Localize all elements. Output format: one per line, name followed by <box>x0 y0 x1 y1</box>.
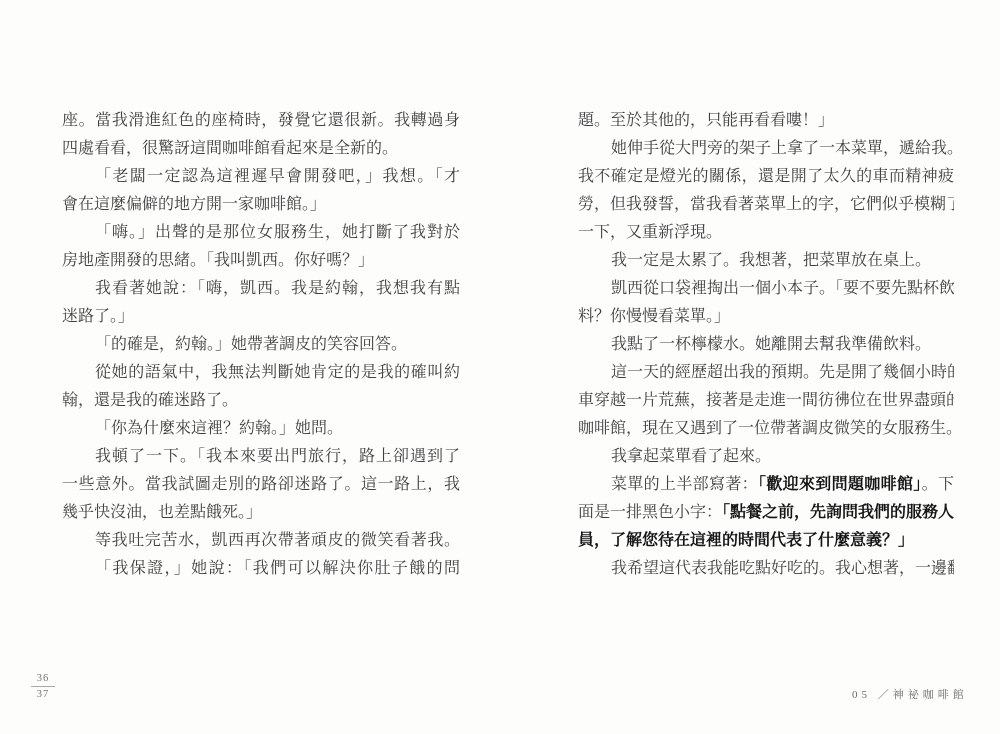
left-page-text: 座。當我滑進紅色的座椅時，發覺它還很新。我轉過身 四處看看，很驚訝這間咖啡館看起… <box>62 107 460 583</box>
text-line: 「的確是，約翰。」她帶著調皮的笑容回答。 <box>62 331 460 359</box>
text-line: 面是一排黑色小字：「點餐之前，先詢問我們的服務人 <box>578 499 954 527</box>
text-line: 我拿起菜單看了起來。 <box>578 443 954 471</box>
text-line: 車穿越一片荒蕪，接著是走進一間彷彿位在世界盡頭的 <box>578 387 954 415</box>
right-page-text: 題。至於其他的，只能再看看嘍！」 她伸手從大門旁的架子上拿了一本菜單，遞給我。 … <box>578 107 954 583</box>
text-line: 幾乎快沒油，也差點餓死。」 <box>62 499 460 527</box>
text-line: 房地產開發的思緒。「我叫凱西。你好嗎？」 <box>62 247 460 275</box>
text-line: 她伸手從大門旁的架子上拿了一本菜單，遞給我。 <box>578 135 954 163</box>
text-line: 等我吐完苦水，凱西再次帶著頑皮的微笑看著我。 <box>62 527 460 555</box>
text-line: 會在這麼偏僻的地方開一家咖啡館。」 <box>62 191 460 219</box>
text-line: 一些意外。當我試圖走別的路卻迷路了。這一路上，我 <box>62 471 460 499</box>
text-line: 座。當我滑進紅色的座椅時，發覺它還很新。我轉過身 <box>62 107 460 135</box>
chapter-footer: 05 ／神祕咖啡館 <box>852 686 968 702</box>
text-line: 「老闆一定認為這裡遲早會開發吧，」我想。「才 <box>62 163 460 191</box>
menu-heading-text: 「歡迎來到問題咖啡館」 <box>758 476 922 493</box>
text-line: 四處看看，很驚訝這間咖啡館看起來是全新的。 <box>62 135 460 163</box>
text-line: 我不確定是燈光的關係，還是開了太久的車而精神疲 <box>578 163 954 191</box>
page-number-divider <box>31 686 55 687</box>
text-line: 菜單的上半部寫著：「歡迎來到問題咖啡館」。下 <box>578 471 954 499</box>
text-line: 我希望這代表我能吃點好吃的。我心想著，一邊翻 <box>578 555 954 583</box>
text-segment: 。下 <box>922 476 954 493</box>
page-number-bottom: 37 <box>28 688 58 701</box>
text-line: 凱西從口袋裡掏出一個小本子。「要不要先點杯飲 <box>578 275 954 303</box>
text-line: 從她的語氣中，我無法判斷她肯定的是我的確叫約 <box>62 359 460 387</box>
text-line: 這一天的經歷超出我的預期。先是開了幾個小時的 <box>578 359 954 387</box>
text-line: 勞，但我發誓，當我看著菜單上的字，它們似乎模糊了 <box>578 191 954 219</box>
text-line: 我頓了一下。「我本來要出門旅行，路上卻遇到了 <box>62 443 460 471</box>
text-line: 迷路了。」 <box>62 303 460 331</box>
text-line: 翰，還是我的確迷路了。 <box>62 387 460 415</box>
text-line: 題。至於其他的，只能再看看嘍！」 <box>578 107 954 135</box>
text-line: 一下，又重新浮現。 <box>578 219 954 247</box>
text-line: 「嗨。」出聲的是那位女服務生，她打斷了我對於 <box>62 219 460 247</box>
text-segment: 面是一排黑色小字： <box>578 504 722 521</box>
text-line: 員，了解您待在這裡的時間代表了什麼意義？」 <box>578 527 954 555</box>
text-line: 料？你慢慢看菜單。」 <box>578 303 954 331</box>
text-line: 我看著她說：「嗨，凱西。我是約翰，我想我有點 <box>62 275 460 303</box>
book-spread: 座。當我滑進紅色的座椅時，發覺它還很新。我轉過身 四處看看，很驚訝這間咖啡館看起… <box>0 0 1000 734</box>
text-line: 我一定是太累了。我想著，把菜單放在桌上。 <box>578 247 954 275</box>
text-line: 「我保證，」她說：「我們可以解決你肚子餓的問 <box>62 555 460 583</box>
text-line: 「你為什麼來這裡？約翰。」她問。 <box>62 415 460 443</box>
text-segment: 菜單的上半部寫著： <box>611 476 758 493</box>
page-number-top: 36 <box>28 672 58 685</box>
text-line: 咖啡館，現在又遇到了一位帶著調皮微笑的女服務生。 <box>578 415 954 443</box>
menu-question-text: 「點餐之前，先詢問我們的服務人 <box>722 504 954 521</box>
menu-question-text: 員，了解您待在這裡的時間代表了什麼意義？」 <box>578 532 914 549</box>
page-number-block: 36 37 <box>28 672 58 701</box>
text-line: 我點了一杯檸檬水。她離開去幫我準備飲料。 <box>578 331 954 359</box>
